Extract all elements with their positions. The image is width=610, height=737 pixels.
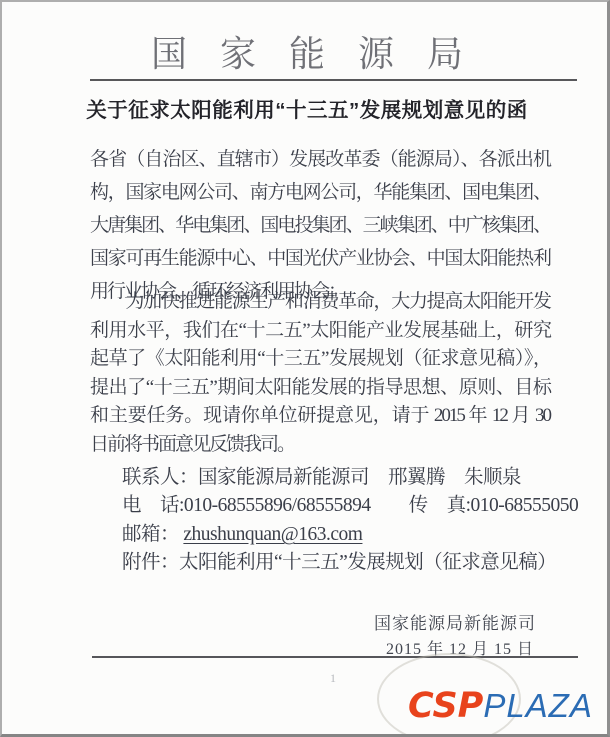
agency-letterhead: 国家能源局 xyxy=(2,26,610,77)
email-label: 邮箱： xyxy=(122,524,179,545)
bottom-divider xyxy=(92,656,578,658)
contact-block: 联系人：国家能源局新能源司 邢翼腾 朱顺泉 电 话:010-68555896/6… xyxy=(122,464,574,578)
body-line: 为加快推进能源生产和消费革命，大力提高太阳能开发 xyxy=(90,288,550,317)
attachment-line: 附件：太阳能利用“十三五”发展规划（征求意见稿） xyxy=(122,549,574,577)
csp-plaza-logo: CSPPLAZA xyxy=(408,689,593,724)
recipient-line: 大唐集团、华电集团、国电投集团、三峡集团、中广核集团、 xyxy=(90,209,550,242)
body-line: 和主要任务。现请你单位研提意见，请于 2015 年 12 月 30 xyxy=(90,402,550,431)
body-paragraph: 为加快推进能源生产和消费革命，大力提高太阳能开发利用水平，我们在“十二五”太阳能… xyxy=(90,288,550,459)
page-number: 1 xyxy=(330,671,336,686)
contact-person-line: 联系人：国家能源局新能源司 邢翼腾 朱顺泉 xyxy=(122,464,574,492)
logo-plaza: PLAZA xyxy=(483,689,593,722)
logo-csp: CSP xyxy=(408,689,483,724)
recipients-paragraph: 各省（自治区、直辖市）发展改革委（能源局）、各派出机构，国家电网公司、南方电网公… xyxy=(90,143,550,308)
recipient-line: 国家可再生能源中心、中国光伏产业协会、中国太阳能热利 xyxy=(90,242,550,275)
scanned-official-letter: 国家能源局 关于征求太阳能利用“十三五”发展规划意见的函 各省（自治区、直辖市）… xyxy=(0,0,610,737)
body-line: 日前将书面意见反馈我司。 xyxy=(90,431,550,460)
body-line: 利用水平，我们在“十二五”太阳能产业发展基础上，研究 xyxy=(90,317,550,346)
contact-email-line: 邮箱： zhushunquan@163.com xyxy=(122,521,574,549)
recipient-line: 各省（自治区、直辖市）发展改革委（能源局）、各派出机 xyxy=(90,143,550,176)
email-address: zhushunquan@163.com xyxy=(183,524,362,545)
contact-phone-fax-line: 电 话:010-68555896/68555894 传 真:010-685550… xyxy=(122,492,574,520)
document-title: 关于征求太阳能利用“十三五”发展规划意见的函 xyxy=(2,93,610,123)
body-line: 提出了“十三五”期间太阳能发展的指导思想、原则、目标 xyxy=(90,374,550,403)
letterhead-divider xyxy=(90,79,577,81)
signature-department: 国家能源局新能源司 xyxy=(355,609,555,634)
body-line: 起草了《太阳能利用“十三五”发展规划（征求意见稿）》， xyxy=(90,345,550,374)
recipient-line: 构，国家电网公司、南方电网公司，华能集团、国电集团、 xyxy=(90,176,550,209)
